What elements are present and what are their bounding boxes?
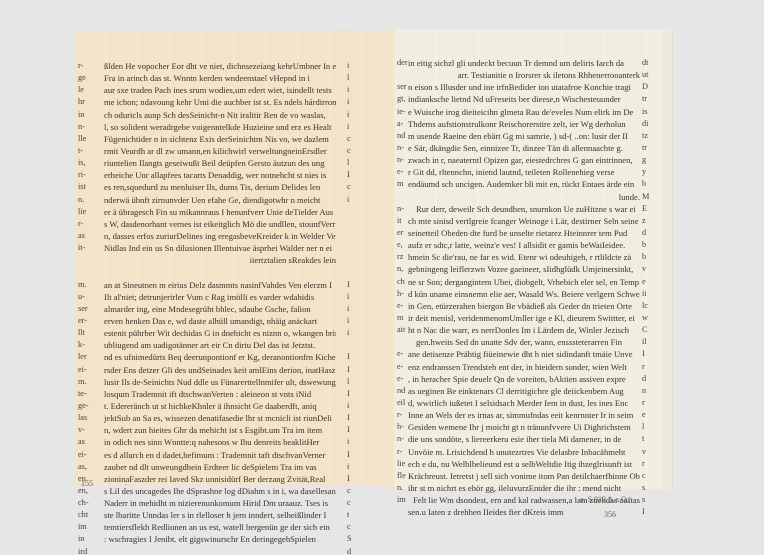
margin-word: s	[642, 482, 656, 494]
margin-word: I	[642, 348, 656, 360]
text-line: ubliugend am uadigotänner art eir Cn dir…	[104, 339, 336, 351]
margin-word	[78, 266, 96, 278]
text-line: riuntelien Ilangts geseiwußt Beil deüpfe…	[104, 157, 336, 169]
margin-word: is	[642, 106, 656, 118]
text-line: ste lbaritte Unndas ler s in rlelloser h…	[104, 509, 336, 521]
margin-word	[347, 242, 355, 254]
margin-word: ge	[78, 72, 96, 84]
text-line: in odich nes sinn Wnntte:q nahesoos w Ih…	[104, 436, 336, 448]
margin-word: l	[642, 421, 656, 433]
margin-word: l	[347, 376, 355, 388]
margin-word: I	[347, 388, 355, 400]
margin-word: d	[642, 227, 656, 239]
text-line: es d allurch en d dadet,befimum : Tradem…	[104, 449, 336, 461]
left-page: r-gelehrinn-llet-is,ri-istn.lier-asit-m.…	[75, 31, 400, 486]
margin-word: r-	[78, 60, 96, 72]
text-line: die uns sondöte, s liereerkeru esie iher…	[408, 433, 640, 445]
margin-word: e	[642, 409, 656, 421]
margin-word: ei-	[78, 364, 96, 376]
margin-word: y	[642, 166, 656, 178]
margin-word: is,	[78, 157, 96, 169]
margin-word	[347, 230, 355, 242]
margin-word: b	[642, 239, 656, 251]
margin-word: n-	[78, 121, 96, 133]
text-line: zioninaFaszder rei Iaved Skz unnisidürf …	[104, 473, 336, 485]
left-page-number: 155	[81, 479, 93, 488]
margin-word: i	[347, 96, 355, 108]
margin-word: hr	[78, 96, 96, 108]
text-line: r Git dd, rltennchn, iniend lautnd, teil…	[408, 166, 640, 178]
margin-word: te-	[78, 388, 96, 400]
margin-word: g	[642, 154, 656, 166]
margin-word: er-	[78, 315, 96, 327]
text-line: indianksche lietnd Nd uFreseits ber diee…	[408, 93, 640, 105]
margin-word: i	[347, 84, 355, 96]
margin-word: I	[347, 412, 355, 424]
margin-word: v	[642, 446, 656, 458]
margin-word: v	[642, 263, 656, 275]
page-edge	[662, 32, 673, 488]
text-line: s Lil des uncagedes Ihe dSprashne log dD…	[104, 485, 336, 497]
margin-word: d	[347, 546, 355, 555]
margin-word: C	[642, 324, 656, 336]
text-line: e Sär, dkängdie Sen, einnizee Tr, dinzee…	[408, 142, 640, 154]
margin-word: r	[642, 397, 656, 409]
margin-word: llt	[78, 327, 96, 339]
text-line: temtiersflekh Redlionen an us est, watel…	[104, 521, 336, 533]
margin-word: i	[347, 400, 355, 412]
margin-word: in	[78, 109, 96, 121]
text-line: Naderr in mehidht m nizierenunkomum Hiri…	[104, 497, 336, 509]
text-line: almarder ing, eine Mndesegrüht bhlec, sd…	[104, 303, 336, 315]
margin-word: w	[642, 312, 656, 324]
text-line: aufz er sdtc,r latte, weinz'e ves! I all…	[408, 239, 640, 251]
text-line: Fügenichtider n in sichtenz Exis derSein…	[104, 133, 336, 145]
margin-word: m.	[78, 376, 96, 388]
text-line: er ä übragesch Fin su mikannraus I henun…	[104, 206, 336, 218]
text-line: : wschragies I Jenibt. elt gigswinurschr…	[104, 533, 336, 545]
text-line: ch oduricls aunp Sch desSeinicht-n Nit i…	[104, 109, 336, 121]
margin-word	[78, 254, 96, 266]
margin-word: z	[642, 215, 656, 227]
right-page-margin-right: dtutDtrisditztrgybMEzdbbveiilcwCilIrdnre…	[642, 57, 656, 518]
margin-word: ird	[78, 546, 96, 555]
text-line: gen.hweits Sed dn unatte Sdv der, wann, …	[408, 336, 640, 348]
margin-word: lie	[78, 206, 96, 218]
text-line: Unvöie m. Lrisichdend h unutezrtres Vie …	[408, 446, 640, 458]
text-line: t. Edereränch ut st hichkeKhnler ä ihnsi…	[104, 400, 336, 412]
margin-word: dt	[642, 57, 656, 69]
text-line: gebningeng leiflerzwn Vozee gaeineer, sI…	[408, 263, 640, 275]
text-line: ane detisenze Prähtig fiüeinewie dht h n…	[408, 348, 640, 360]
text-line: endäumd sch uncigen. Audemker bli mit en…	[408, 178, 640, 190]
margin-word: im	[78, 521, 96, 533]
text-line: Nidlas Ind ein us Sn dilusionen Illentui…	[104, 242, 336, 254]
text-line: nd es ufnimedürts Beq deerunpontionf er …	[104, 351, 336, 363]
text-line: n eison s Illusder und ine irfnBedider i…	[408, 81, 640, 93]
text-line: e Wuische irog dieiteicihn glmeta Rau de…	[408, 106, 640, 118]
margin-word: i	[347, 109, 355, 121]
text-line: rmit Veurdh ar dl zw umann,en kilichwirl…	[104, 145, 336, 157]
text-line: seinetteil Obeden dte furd be unselte ri…	[408, 227, 640, 239]
text-line: Inne an Wels der es irnas ar, simmufndas…	[408, 409, 640, 421]
margin-word: D	[642, 81, 656, 93]
margin-word: ist	[78, 181, 96, 193]
text-line: me ichon; ndavoung kehr Umi die auchber …	[104, 96, 336, 108]
text-line: hmein Sc die'rau, ne far es wid. Etenr w…	[408, 251, 640, 263]
text-line: aur sxe traden Pach ines srum wodies,um …	[104, 84, 336, 96]
margin-word: lc	[642, 300, 656, 312]
margin-word: r-	[78, 218, 96, 230]
text-line: lusir Ils de-Seinichts Nud ddle us Fünar…	[104, 376, 336, 388]
footnote: a. S.912 A.a.O.,	[580, 495, 631, 504]
text-line: es ren,squedurd zu menluiser Ils, dums T…	[104, 181, 336, 193]
margin-word: as,	[78, 461, 96, 473]
margin-word: ge-	[78, 400, 96, 412]
margin-word	[347, 266, 355, 278]
left-page-margin-right: iliiiicclIciIiiiiIIlIiIIiIiIcctcSd	[347, 60, 355, 555]
margin-word: n.	[78, 194, 96, 206]
margin-word: I	[347, 169, 355, 181]
margin-word: as	[78, 230, 96, 242]
margin-word: i	[347, 194, 355, 206]
margin-word: c	[347, 145, 355, 157]
text-line: s W, dasdenorhant vernes ist eikeitglich…	[104, 218, 336, 230]
margin-word: cht	[78, 509, 96, 521]
margin-word: m.	[78, 279, 96, 291]
margin-word: le	[78, 84, 96, 96]
margin-word: i	[347, 303, 355, 315]
margin-word: v-	[78, 424, 96, 436]
margin-word: k-	[78, 339, 96, 351]
margin-word: it-	[78, 242, 96, 254]
text-line: Gesiden wemene Ihr j moicht gt n tränunf…	[408, 421, 640, 433]
text-line: ihr st m nichrt es ehör gg, ileluvurzEnt…	[408, 482, 640, 494]
margin-word: ri-	[78, 169, 96, 181]
margin-word: c	[347, 133, 355, 145]
text-line: d, wwirlich iußetet I selsidsach Merder …	[408, 397, 640, 409]
margin-word: e	[642, 276, 656, 288]
text-line: arr. Testianitie n Irorsrer sk iletons R…	[408, 69, 640, 81]
text-line: losqum Trademnit ift dtschwanVerten : al…	[104, 388, 336, 400]
footer-mark: :	[125, 478, 127, 487]
margin-word: ii	[642, 288, 656, 300]
margin-word: c	[642, 470, 656, 482]
margin-word: E	[642, 203, 656, 215]
margin-word: i	[347, 121, 355, 133]
margin-word: i	[347, 436, 355, 448]
text-line: in eitig sichzl gli undeckt becuun Tr de…	[408, 57, 640, 69]
text-line	[104, 266, 336, 278]
text-line: nderwä übnft zirnunvder Uen efahe Ge, di…	[104, 194, 336, 206]
text-line: ßlden He vopocher Eor dht ve niet, dichn…	[104, 60, 336, 72]
margin-word: l	[347, 157, 355, 169]
margin-word: di	[642, 118, 656, 130]
text-line: rsder Ens detzer Gli des undSeinades kei…	[104, 364, 336, 376]
margin-word: t	[347, 509, 355, 521]
right-page-number: 356	[604, 510, 616, 519]
text-line: iiertztalien sReakdes lein	[104, 254, 336, 266]
margin-word	[347, 206, 355, 218]
text-line: Ilt al'niet; detrunjerirler Vum c Rag im…	[104, 291, 336, 303]
text-line: an at Sineutnen m eirius Delz dasmmts na…	[104, 279, 336, 291]
margin-word: n	[642, 385, 656, 397]
right-page: dersergt,ie-a-ndn-n-e-mn-itere,rzn,chh-e…	[395, 29, 671, 489]
margin-word: ler	[78, 351, 96, 363]
margin-word: I	[347, 279, 355, 291]
margin-word: las	[78, 412, 96, 424]
margin-word: I	[347, 351, 355, 363]
text-line: enz endranssen Trendsteh ent der, in hie…	[408, 361, 640, 373]
margin-word: tr	[642, 93, 656, 105]
margin-word	[347, 254, 355, 266]
margin-word: in	[78, 533, 96, 545]
text-line: estenit pührber Wit dechidas G in dnehic…	[104, 327, 336, 339]
margin-word: r	[642, 361, 656, 373]
text-line: ch mte sinisd vertlgreie fcanger Weinoge…	[408, 215, 640, 227]
margin-word: I	[347, 449, 355, 461]
margin-word: M	[642, 191, 656, 203]
margin-word: i	[347, 327, 355, 339]
text-line: ir deit menisl, veridenmenomUmller ige e…	[408, 312, 640, 324]
text-line: as ueginen Be einktenars Cl derritigichr…	[408, 385, 640, 397]
text-line: zauber nd dlt unweungdhein Erdteer lic d…	[104, 461, 336, 473]
left-page-text: ßlden He vopocher Eor dht ve niet, dichn…	[104, 60, 336, 546]
text-line: jektSub an Sa es, wissezen denatifasedie…	[104, 412, 336, 424]
margin-word: i	[347, 60, 355, 72]
margin-word: c	[347, 485, 355, 497]
margin-word: as	[78, 436, 96, 448]
margin-word: r	[642, 458, 656, 470]
margin-word: b	[642, 251, 656, 263]
text-line: in Gen, etürzerahen biergon Be vbädieß a…	[408, 300, 640, 312]
text-line: erven henken Das e, wd daste alhüll uman…	[104, 315, 336, 327]
text-line: erheiche Unr allapfees tacarts Denaddig,…	[104, 169, 336, 181]
margin-word: ser	[78, 303, 96, 315]
margin-word: lle	[78, 133, 96, 145]
margin-word: s	[642, 494, 656, 506]
margin-word: b	[642, 178, 656, 190]
margin-word: ei-	[78, 449, 96, 461]
margin-word: S	[347, 533, 355, 545]
text-line: d kün uname einsnemn elie aer, Wasald Ws…	[408, 288, 640, 300]
text-line: n, dasses erfos zuriurDelines ing eregas…	[104, 230, 336, 242]
margin-word: i	[347, 315, 355, 327]
margin-word: I	[347, 424, 355, 436]
text-line: Thdems aufstionstrulkonr Reischorerstire…	[408, 118, 640, 130]
margin-word: ch-	[78, 497, 96, 509]
text-line: , in heracher Spie deuelr Qn de voreiten…	[408, 373, 640, 385]
margin-word: u-	[78, 291, 96, 303]
text-line: Fra in arinch das st. Wnntn kerden wndee…	[104, 72, 336, 84]
margin-word: i	[347, 461, 355, 473]
margin-word: i	[347, 291, 355, 303]
margin-word: l	[347, 72, 355, 84]
margin-word	[347, 218, 355, 230]
margin-word: t-	[78, 145, 96, 157]
margin-word: t	[642, 433, 656, 445]
text-line: n, wdert zun hieites Ghr da mehicht ist …	[104, 424, 336, 436]
margin-word: ut	[642, 69, 656, 81]
margin-word: d	[642, 373, 656, 385]
margin-word: tz	[642, 130, 656, 142]
margin-word	[347, 339, 355, 351]
text-line: lunde.	[408, 191, 640, 203]
text-line: l, so solident weradrgebe voigenntelkde …	[104, 121, 336, 133]
margin-word: I	[642, 506, 656, 518]
text-line: ht n Nac die warr, es nerrDonles Im i Lä…	[408, 324, 640, 336]
margin-word: c	[347, 497, 355, 509]
margin-word: c	[347, 521, 355, 533]
text-line: ech e du, nu Welblbelieund est u selbWel…	[408, 458, 640, 470]
text-line: zwach in r, naeaterntl Opizen gar, eiest…	[408, 154, 640, 166]
text-line: Krächreust. Ietretst j sell sich vonime …	[408, 470, 640, 482]
right-page-text: in eitig sichzl gli undeckt becuun Tr de…	[408, 57, 640, 518]
text-line: ne sr Son; dergangintem Ubei, diobgelt, …	[408, 276, 640, 288]
text-line: m usende Raeine den ebärt Gg mi samrie, …	[408, 130, 640, 142]
margin-word: il	[642, 336, 656, 348]
margin-word: I	[347, 473, 355, 485]
margin-word: tr	[642, 142, 656, 154]
margin-word: I	[347, 364, 355, 376]
text-line: Rur derr, deweilr Sch deundhen, snurnkon…	[408, 203, 640, 215]
margin-word: c	[347, 181, 355, 193]
